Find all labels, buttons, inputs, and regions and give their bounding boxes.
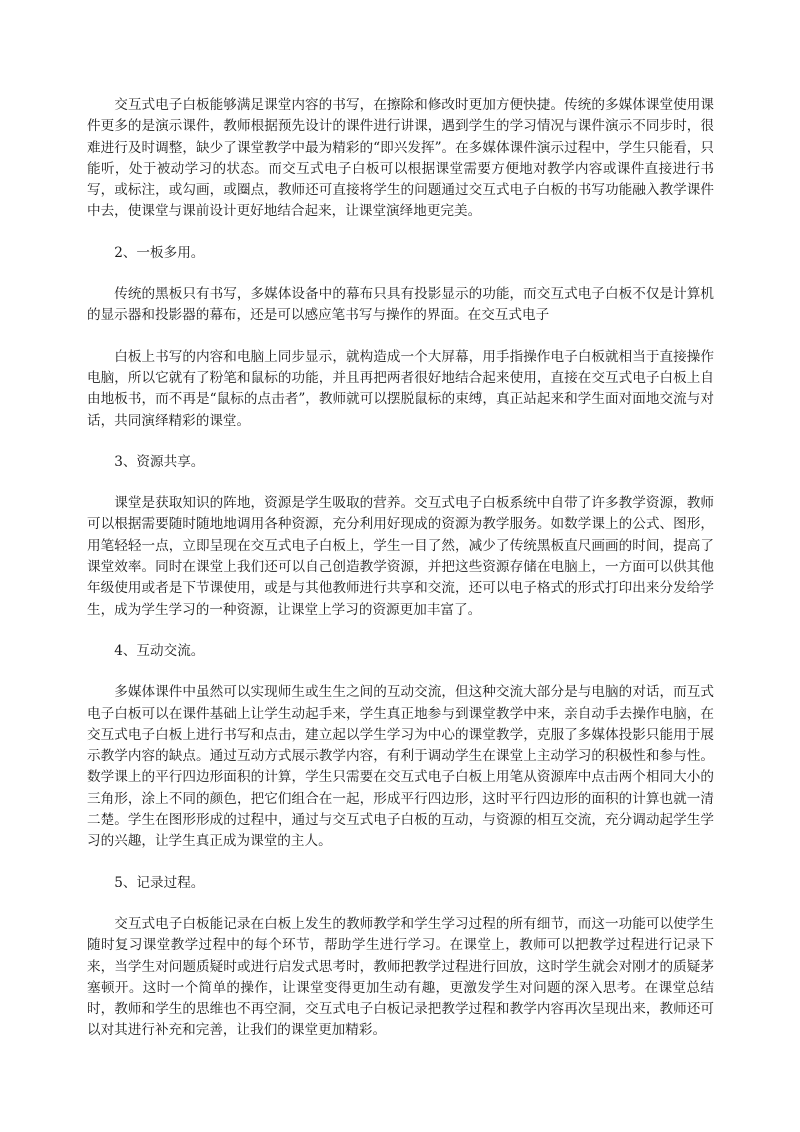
document-body: 交互式电子白板能够满足课堂内容的书写，在擦除和修改时更加方便快捷。传统的多媒体课… <box>87 95 714 1042</box>
paragraph: 交互式电子白板能够满足课堂内容的书写，在擦除和修改时更加方便快捷。传统的多媒体课… <box>87 95 714 223</box>
paragraph: 白板上书写的内容和电脑上同步显示，就构造成一个大屏幕，用手指操作电子白板就相当于… <box>87 347 714 432</box>
spacer <box>87 621 714 641</box>
paragraph: 交互式电子白板能记录在白板上发生的教师教学和学生学习过程的所有细节，而这一功能可… <box>87 914 714 1042</box>
spacer <box>87 853 714 873</box>
spacer <box>87 223 714 243</box>
section-heading: 5、记录过程。 <box>87 873 714 894</box>
spacer <box>87 473 714 493</box>
section-heading: 2、一板多用。 <box>87 243 714 264</box>
paragraph: 传统的黑板只有书写，多媒体设备中的幕布只具有投影显示的功能，而交互式电子白板不仅… <box>87 284 714 327</box>
section-heading: 3、资源共享。 <box>87 452 714 473</box>
section-heading: 4、互动交流。 <box>87 641 714 662</box>
paragraph: 多媒体课件中虽然可以实现师生或生生之间的互动交流，但这种交流大部分是与电脑的对话… <box>87 682 714 852</box>
spacer <box>87 432 714 452</box>
spacer <box>87 264 714 284</box>
spacer <box>87 894 714 914</box>
spacer <box>87 327 714 347</box>
spacer <box>87 662 714 682</box>
paragraph: 课堂是获取知识的阵地，资源是学生吸取的营养。交互式电子白板系统中自带了许多教学资… <box>87 493 714 621</box>
